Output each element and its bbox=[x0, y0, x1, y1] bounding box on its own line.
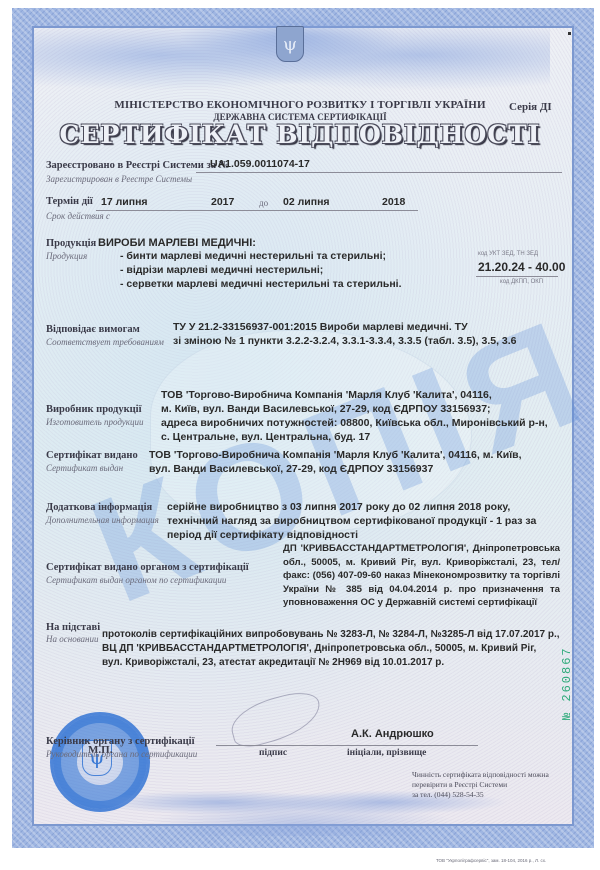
additional-info-line: серійне виробництво з 03 липня 2017 року… bbox=[167, 500, 510, 514]
issued-to-line: ТОВ 'Торгово-Виробнича Компанія 'Марля К… bbox=[149, 448, 522, 462]
issuing-body-label: Сертифікат видано органом з сертифікації bbox=[46, 562, 249, 573]
manufacturer-line: ТОВ 'Торгово-Виробнича Компанія 'Марля К… bbox=[161, 388, 492, 402]
issued-to-line: вул. Ванди Василевської, 27-29, код ЄДРП… bbox=[149, 462, 433, 476]
certificate-title: СЕРТИФІКАТ ВІДПОВІДНОСТІ bbox=[0, 120, 600, 149]
verification-line: Чинність сертифіката відповідності можна bbox=[412, 770, 549, 780]
trident-coat-of-arms-icon: ψ bbox=[276, 26, 304, 62]
issued-to-label-ru: Сертификат выдан bbox=[46, 463, 123, 473]
corner-mark bbox=[568, 32, 571, 35]
product-item: - бинти марлеві медичні нестерильні та с… bbox=[120, 249, 386, 263]
additional-info-label-ru: Дополнительная информация bbox=[46, 515, 159, 525]
name-caption: ініціали, прізвище bbox=[347, 748, 426, 758]
additional-info-line: технічний нагляд за виробництвом сертифі… bbox=[167, 514, 536, 528]
validity-underline bbox=[96, 210, 418, 211]
additional-info-line: період дії сертифікату відповідності bbox=[167, 528, 358, 542]
product-code-underline bbox=[476, 276, 558, 277]
validity-to-date: 02 липня bbox=[283, 195, 330, 209]
basis-line: ВЦ ДП 'КРИВБАССТАНДАРТМЕТРОЛОГІЯ', Дніпр… bbox=[102, 642, 536, 656]
code-label-top: код УКТ ЗЕД, ТН ЗЕД bbox=[478, 251, 538, 257]
issuing-body-label-ru: Сертификат выдан органом по сертификации bbox=[46, 575, 226, 585]
validity-label: Термін дії bbox=[46, 196, 93, 207]
basis-label-ru: На основании bbox=[46, 634, 99, 644]
basis-line: вул. Криворіжсталі, 23, атестат акредита… bbox=[102, 656, 444, 670]
requirements-line: ТУ У 21.2-33156937-001:2015 Вироби марле… bbox=[173, 320, 468, 334]
additional-info-label: Додаткова інформація bbox=[46, 502, 152, 513]
validity-to-label: до bbox=[259, 198, 268, 208]
manufacturer-line: с. Центральне, вул. Центральна, буд. 17 bbox=[161, 430, 370, 444]
manufacturer-line: адреса виробничих потужностей: 08800, Ки… bbox=[161, 416, 548, 430]
product-code: 21.20.24 - 40.00 bbox=[478, 260, 565, 274]
requirements-label-ru: Соответствует требованиям bbox=[46, 337, 164, 347]
verification-note: Чинність сертифіката відповідності можна… bbox=[412, 770, 549, 800]
validity-label-ru: Срок действия с bbox=[46, 211, 110, 221]
registration-underline bbox=[196, 172, 562, 173]
manufacturer-label: Виробник продукції bbox=[46, 404, 142, 415]
signatory-name: А.К. Андрюшко bbox=[351, 727, 434, 741]
signature-underline bbox=[216, 745, 478, 746]
signatory-label: Керівник органу з сертифікації bbox=[46, 736, 195, 747]
issued-to-label: Сертифікат видано bbox=[46, 450, 138, 461]
product-label: Продукція bbox=[46, 238, 96, 249]
product-label-ru: Продукция bbox=[46, 251, 87, 261]
product-item: - відрізи марлеві медичні нестерильні; bbox=[120, 263, 323, 277]
code-label-bottom: код ДКПП, ОКП bbox=[500, 279, 543, 285]
manufacturer-label-ru: Изготовитель продукции bbox=[46, 417, 144, 427]
signature-caption: підпис bbox=[259, 748, 287, 758]
issuing-body-text: ДП 'КРИВБАССТАНДАРТМЕТРОЛОГІЯ', Дніпропе… bbox=[283, 542, 560, 610]
verification-line: за тел. (044) 528-54-35 bbox=[412, 790, 549, 800]
product-name: ВИРОБИ МАРЛЕВІ МЕДИЧНІ: bbox=[98, 236, 256, 250]
series-label: Серія ДІ bbox=[509, 101, 552, 113]
signatory-label-ru: Руководитель органа по сертификации bbox=[46, 749, 197, 759]
requirements-line: зі зміною № 1 пункти 3.2.2-3.2.4, 3.3.1-… bbox=[173, 334, 517, 348]
validity-from-year: 2017 bbox=[211, 195, 234, 209]
validity-from-date: 17 липня bbox=[101, 195, 148, 209]
validity-to-year: 2018 bbox=[382, 195, 405, 209]
serial-number: № 260867 bbox=[560, 646, 574, 720]
registration-label-ru: Зарегистрирован в Реестре Системы bbox=[46, 174, 192, 184]
manufacturer-line: м. Київ, вул. Ванди Василевської, 27-29,… bbox=[161, 402, 491, 416]
registration-label: Зареєстровано в Реєстрі Системи за № bbox=[46, 160, 229, 171]
printer-note: ТОВ "Укрполіграфсервіс", зам. 18-104, 20… bbox=[436, 858, 546, 863]
basis-label: На підставі bbox=[46, 622, 100, 633]
verification-line: перевірити в Реєстрі Системи bbox=[412, 780, 549, 790]
registration-number: UA1.059.0011074-17 bbox=[210, 157, 310, 171]
requirements-label: Відповідає вимогам bbox=[46, 324, 140, 335]
basis-line: протоколів сертифікаційних випробовувань… bbox=[102, 628, 560, 642]
product-item: - серветки марлеві медичні нестерильні т… bbox=[120, 277, 402, 291]
